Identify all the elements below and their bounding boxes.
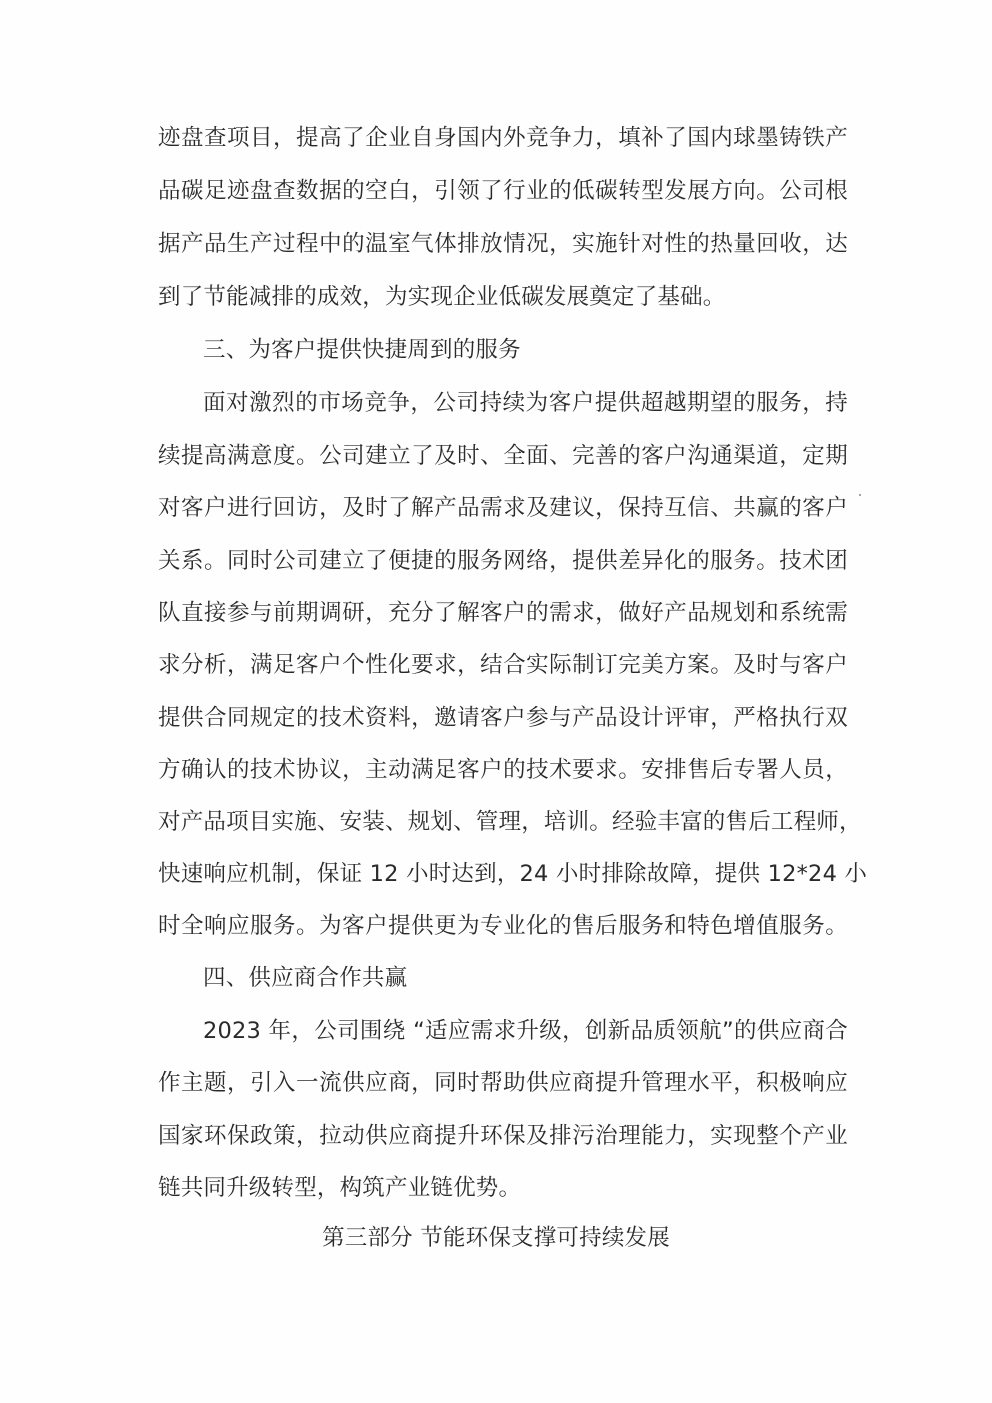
part-title: 第三部分 节能环保支撑可持续发展: [0, 1223, 992, 1253]
document-page: 迹盘查项目，提高了企业自身国内外竞争力，填补了国内球墨铸铁产 品碳足迹盘查数据的…: [0, 0, 992, 1403]
paragraph-line: 快速响应机制，保证 12 小时达到，24 小时排除故障，提供 12*24 小: [158, 859, 848, 889]
paragraph-line: 队直接参与前期调研，充分了解客户的需求，做好产品规划和系统需: [158, 598, 848, 628]
paragraph-line: 提供合同规定的技术资料，邀请客户参与产品设计评审，严格执行双: [158, 703, 848, 733]
paragraph-line: 对客户进行回访，及时了解产品需求及建议，保持互信、共赢的客户: [158, 493, 848, 523]
section-heading-customer-service: 三、为客户提供快捷周到的服务: [203, 335, 521, 365]
paragraph-line: 作主题，引入一流供应商，同时帮助供应商提升管理水平，积极响应: [158, 1068, 848, 1098]
paragraph-line: 对产品项目实施、安装、规划、管理，培训。经验丰富的售后工程师，: [158, 807, 848, 837]
section-heading-supplier-cooperation: 四、供应商合作共赢: [203, 963, 407, 993]
paragraph-line: 时全响应服务。为客户提供更为专业化的售后服务和特色增值服务。: [158, 911, 848, 941]
paragraph-line: 链共同升级转型，构筑产业链优势。: [158, 1173, 848, 1203]
paragraph-line: 关系。同时公司建立了便捷的服务网络，提供差异化的服务。技术团: [158, 546, 848, 576]
paragraph-line: 2023 年，公司围绕 “适应需求升级，创新品质领航”的供应商合: [203, 1016, 848, 1046]
paragraph-line: 面对激烈的市场竞争，公司持续为客户提供超越期望的服务，持: [203, 388, 848, 418]
paragraph-line: 到了节能减排的成效，为实现企业低碳发展奠定了基础。: [158, 282, 848, 312]
scan-speck: [859, 494, 861, 496]
paragraph-line: 求分析，满足客户个性化要求，结合实际制订完美方案。及时与客户: [158, 650, 848, 680]
paragraph-line: 国家环保政策，拉动供应商提升环保及排污治理能力，实现整个产业: [158, 1121, 848, 1151]
paragraph-line: 据产品生产过程中的温室气体排放情况，实施针对性的热量回收，达: [158, 229, 848, 259]
paragraph-line: 续提高满意度。公司建立了及时、全面、完善的客户沟通渠道，定期: [158, 441, 848, 471]
paragraph-line: 品碳足迹盘查数据的空白，引领了行业的低碳转型发展方向。公司根: [158, 176, 848, 206]
paragraph-line: 迹盘查项目，提高了企业自身国内外竞争力，填补了国内球墨铸铁产: [158, 123, 848, 153]
paragraph-line: 方确认的技术协议，主动满足客户的技术要求。安排售后专署人员，: [158, 755, 848, 785]
